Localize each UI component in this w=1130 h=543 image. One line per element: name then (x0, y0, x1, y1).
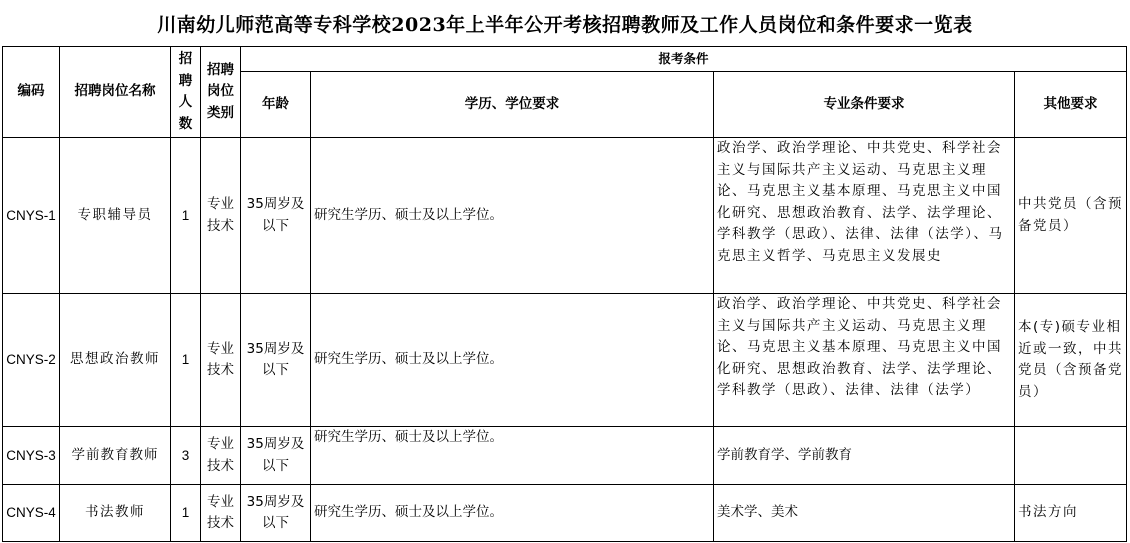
header-position: 招聘岗位名称 (60, 47, 171, 138)
table-row: CNYS-1 专职辅导员 1 专业技术 35周岁及以下 研究生学历、硕士及以上学… (3, 138, 1127, 294)
header-age: 年龄 (241, 72, 311, 138)
cell-position: 书法教师 (60, 485, 171, 542)
cell-count: 3 (171, 427, 201, 485)
header-count: 招聘人数 (171, 47, 201, 138)
cell-education: 研究生学历、硕士及以上学位。 (311, 294, 714, 427)
table-row: CNYS-3 学前教育教师 3 专业技术 35周岁及以下 研究生学历、硕士及以上… (3, 427, 1127, 485)
cell-other (1015, 427, 1127, 485)
cell-code: CNYS-4 (3, 485, 60, 542)
cell-age: 35周岁及以下 (241, 485, 311, 542)
cell-major: 学前教育学、学前教育 (714, 427, 1015, 485)
header-education: 学历、学位要求 (311, 72, 714, 138)
cell-category: 专业技术 (201, 485, 241, 542)
table-row: CNYS-4 书法教师 1 专业技术 35周岁及以下 研究生学历、硕士及以上学位… (3, 485, 1127, 542)
header-code: 编码 (3, 47, 60, 138)
cell-age: 35周岁及以下 (241, 427, 311, 485)
cell-major: 政治学、政治学理论、中共党史、科学社会主义与国际共产主义运动、马克思主义理论、马… (714, 294, 1015, 427)
cell-category: 专业技术 (201, 427, 241, 485)
positions-table: 编码 招聘岗位名称 招聘人数 招聘岗位类别 报考条件 年龄 学历、学位要求 专业… (2, 46, 1127, 542)
cell-education: 研究生学历、硕士及以上学位。 (311, 485, 714, 542)
table-row: CNYS-2 思想政治教师 1 专业技术 35周岁及以下 研究生学历、硕士及以上… (3, 294, 1127, 427)
cell-education: 研究生学历、硕士及以上学位。 (311, 138, 714, 294)
cell-count: 1 (171, 138, 201, 294)
cell-category: 专业技术 (201, 138, 241, 294)
cell-category: 专业技术 (201, 294, 241, 427)
cell-major: 美术学、美术 (714, 485, 1015, 542)
header-category: 招聘岗位类别 (201, 47, 241, 138)
header-conditions-group: 报考条件 (241, 47, 1127, 72)
cell-code: CNYS-3 (3, 427, 60, 485)
cell-education: 研究生学历、硕士及以上学位。 (311, 427, 714, 485)
header-major: 专业条件要求 (714, 72, 1015, 138)
header-row-1: 编码 招聘岗位名称 招聘人数 招聘岗位类别 报考条件 (3, 47, 1127, 72)
cell-major: 政治学、政治学理论、中共党史、科学社会主义与国际共产主义运动、马克思主义理论、马… (714, 138, 1015, 294)
cell-position: 专职辅导员 (60, 138, 171, 294)
cell-other: 书法方向 (1015, 485, 1127, 542)
cell-position: 思想政治教师 (60, 294, 171, 427)
cell-position: 学前教育教师 (60, 427, 171, 485)
header-other: 其他要求 (1015, 72, 1127, 138)
cell-count: 1 (171, 485, 201, 542)
cell-code: CNYS-1 (3, 138, 60, 294)
cell-age: 35周岁及以下 (241, 294, 311, 427)
document-title: 川南幼儿师范高等专科学校2023年上半年公开考核招聘教师及工作人员岗位和条件要求… (0, 10, 1130, 37)
cell-other: 中共党员（含预备党员） (1015, 138, 1127, 294)
cell-code: CNYS-2 (3, 294, 60, 427)
cell-count: 1 (171, 294, 201, 427)
cell-age: 35周岁及以下 (241, 138, 311, 294)
cell-other: 本(专)硕专业相近或一致，中共党员（含预备党员） (1015, 294, 1127, 427)
